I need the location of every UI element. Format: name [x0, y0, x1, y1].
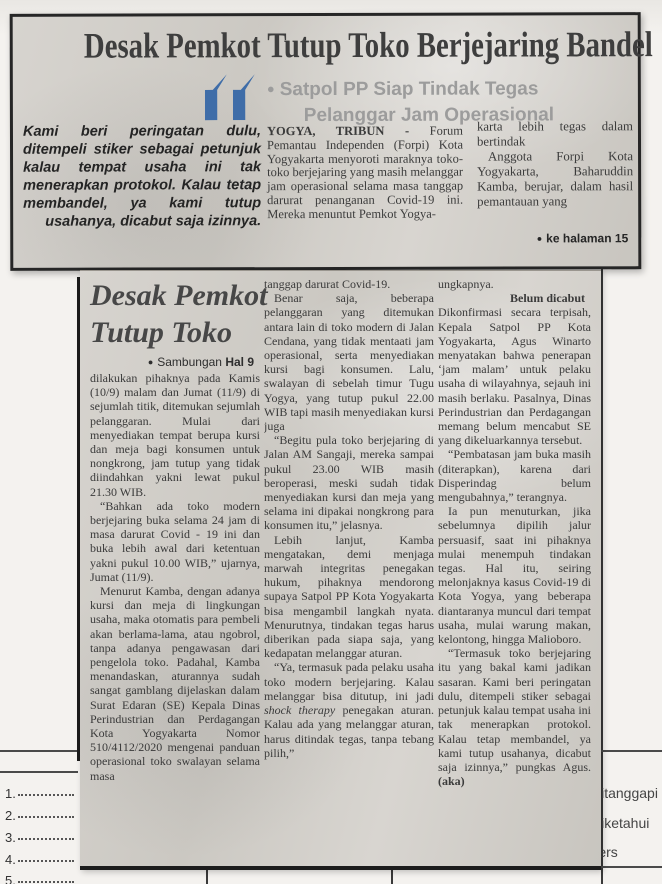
article-paragraph: Dikonfirmasi secara terpisah, Kepala Sat… [438, 305, 591, 447]
article-paragraph: “Pembatasan jam buka masih (diterapkan),… [438, 447, 591, 504]
pull-quote: Kami beri peringatan dulu, ditempeli sti… [23, 122, 261, 231]
dotted-leader [18, 838, 74, 840]
form-rule [0, 771, 78, 773]
article-column: ungkapnya. Belum dicabut Dikonfirmasi se… [438, 277, 591, 867]
article-paragraph: “Ya, termasuk pada pelaku usaha toko mod… [264, 660, 434, 759]
dotted-leader [18, 816, 74, 818]
bullet-icon: ● [537, 233, 542, 243]
article-column: dilakukan pihaknya pada Kamis (10/9) mal… [90, 371, 260, 867]
form-rule [206, 869, 208, 884]
scrapbook-page: 1. 2. 3. 4. 5. k Lanjut Ditanggapi Diket… [0, 0, 662, 884]
quote-icon [205, 74, 261, 122]
article-column: tanggap darurat Covid-19. Benar saja, be… [264, 277, 434, 867]
dotted-leader [18, 860, 74, 862]
newspaper-clipping-continuation: Desak Pemkot Tutup Toko ●Sambungan Hal 9… [80, 270, 601, 870]
article-paragraph: ungkapnya. [438, 277, 591, 291]
form-numbered-row: 4. [5, 852, 74, 867]
dotted-leader [18, 794, 74, 796]
form-number: 1. [5, 786, 16, 801]
form-rule [597, 750, 662, 752]
article-paragraph: karta lebih tegas dalam bertindak [477, 119, 633, 149]
form-label-ditanggapi: Ditanggapi [591, 785, 658, 801]
article-paragraph: Ia pun menuturkan, jika sebelumnya dipil… [438, 504, 591, 646]
newspaper-clipping-front: Desak Pemkot Tutup Toko Berjejaring Band… [10, 12, 642, 271]
article-paragraph: “Bahkan ada toko modern berjejaring buka… [90, 499, 260, 584]
continuation-title: Desak Pemkot Tutup Toko [90, 277, 270, 351]
section-subhead: Belum dicabut [438, 291, 591, 305]
article-headline: Desak Pemkot Tutup Toko Berjejaring Band… [13, 23, 638, 67]
article-column: YOGYA, TRIBUN - Forum Pemantau Independe… [267, 125, 463, 222]
article-paragraph: Benar saja, beberapa pelanggaran yang di… [264, 291, 434, 433]
form-rule [391, 869, 393, 884]
jump-to-page-note: ●ke halaman 15 [537, 231, 629, 245]
form-number: 4. [5, 852, 16, 867]
article-paragraph: “Termasuk toko berjejaring itu yang baka… [438, 646, 591, 788]
article-column: karta lebih tegas dalam bertindak Anggot… [477, 119, 633, 209]
dotted-leader [18, 881, 74, 883]
article-paragraph: “Begitu pula toko berjejaring di Jalan A… [264, 433, 434, 532]
article-paragraph: Anggota Forpi Kota Yogyakarta, Baharuddi… [477, 149, 633, 209]
continued-from-note: ●Sambungan Hal 9 [90, 355, 254, 369]
article-paragraph: dilakukan pihaknya pada Kamis (10/9) mal… [90, 371, 260, 499]
article-paragraph: tanggap darurat Covid-19. [264, 277, 434, 291]
form-rule [600, 866, 662, 868]
dateline: YOGYA, TRIBUN - [267, 124, 409, 138]
article-paragraph: Menurut Kamba, dengan adanya kursi dan m… [90, 584, 260, 783]
form-number: 3. [5, 830, 16, 845]
form-numbered-row: 5. [5, 873, 74, 884]
article-paragraph: Lebih lanjut, Kamba mengatakan, demi men… [264, 533, 434, 661]
form-numbered-row: 3. [5, 830, 74, 845]
article-paragraph: YOGYA, TRIBUN - Forum Pemantau Independe… [267, 125, 463, 222]
form-numbered-row: 1. [5, 786, 74, 801]
form-rule [0, 750, 78, 752]
bullet-icon: ● [267, 81, 275, 96]
bullet-icon: ● [148, 357, 153, 367]
form-number: 2. [5, 808, 16, 823]
form-numbered-row: 2. [5, 808, 74, 823]
form-number: 5. [5, 873, 16, 884]
